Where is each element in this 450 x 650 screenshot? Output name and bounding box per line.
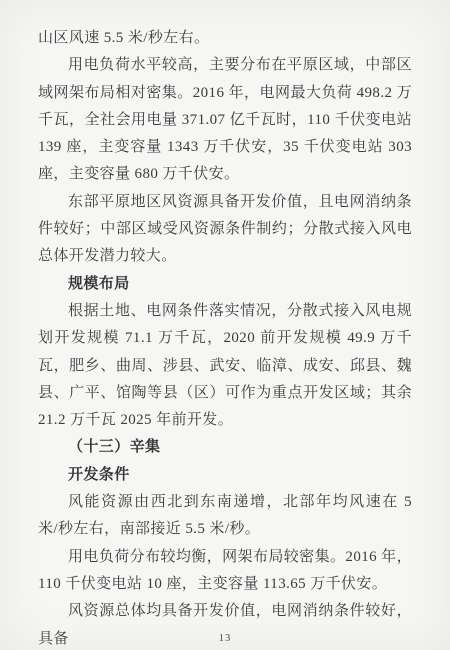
heading-section-13-xinji: （十三）辛集 (38, 434, 412, 461)
para-east-plain-resource-value: 东部平原地区风资源具备开发价值，且电网消纳条件较好；中部区域受风资源条件制约；分… (38, 189, 412, 271)
page-content: 山区风速 5.5 米/秒左右。 用电负荷水平较高，主要分布在平原区域，中部区域网… (38, 25, 412, 650)
page-number: 13 (0, 633, 450, 644)
para-planning-scale-counties: 根据土地、电网条件落实情况，分散式接入风电规划开发规模 71.1 万千瓦，202… (38, 298, 412, 434)
para-load-distribution-substations: 用电负荷分布较均衡，网架布局较密集。2016 年，110 千伏变电站 10 座，… (38, 544, 412, 599)
heading-development-conditions: 开发条件 (38, 462, 412, 489)
para-wind-resource-gradient: 风能资源由西北到东南递增，北部年均风速在 5 米/秒左右，南部接近 5.5 米/… (38, 489, 412, 544)
document-page: 山区风速 5.5 米/秒左右。 用电负荷水平较高，主要分布在平原区域，中部区域网… (0, 0, 450, 650)
para-load-level-grid-stats: 用电负荷水平较高，主要分布在平原区域，中部区域网架布局相对密集。2016 年，电… (38, 52, 412, 188)
heading-scale-layout: 规模布局 (38, 271, 412, 298)
para-mountain-windspeed-continuation: 山区风速 5.5 米/秒左右。 (38, 25, 412, 52)
